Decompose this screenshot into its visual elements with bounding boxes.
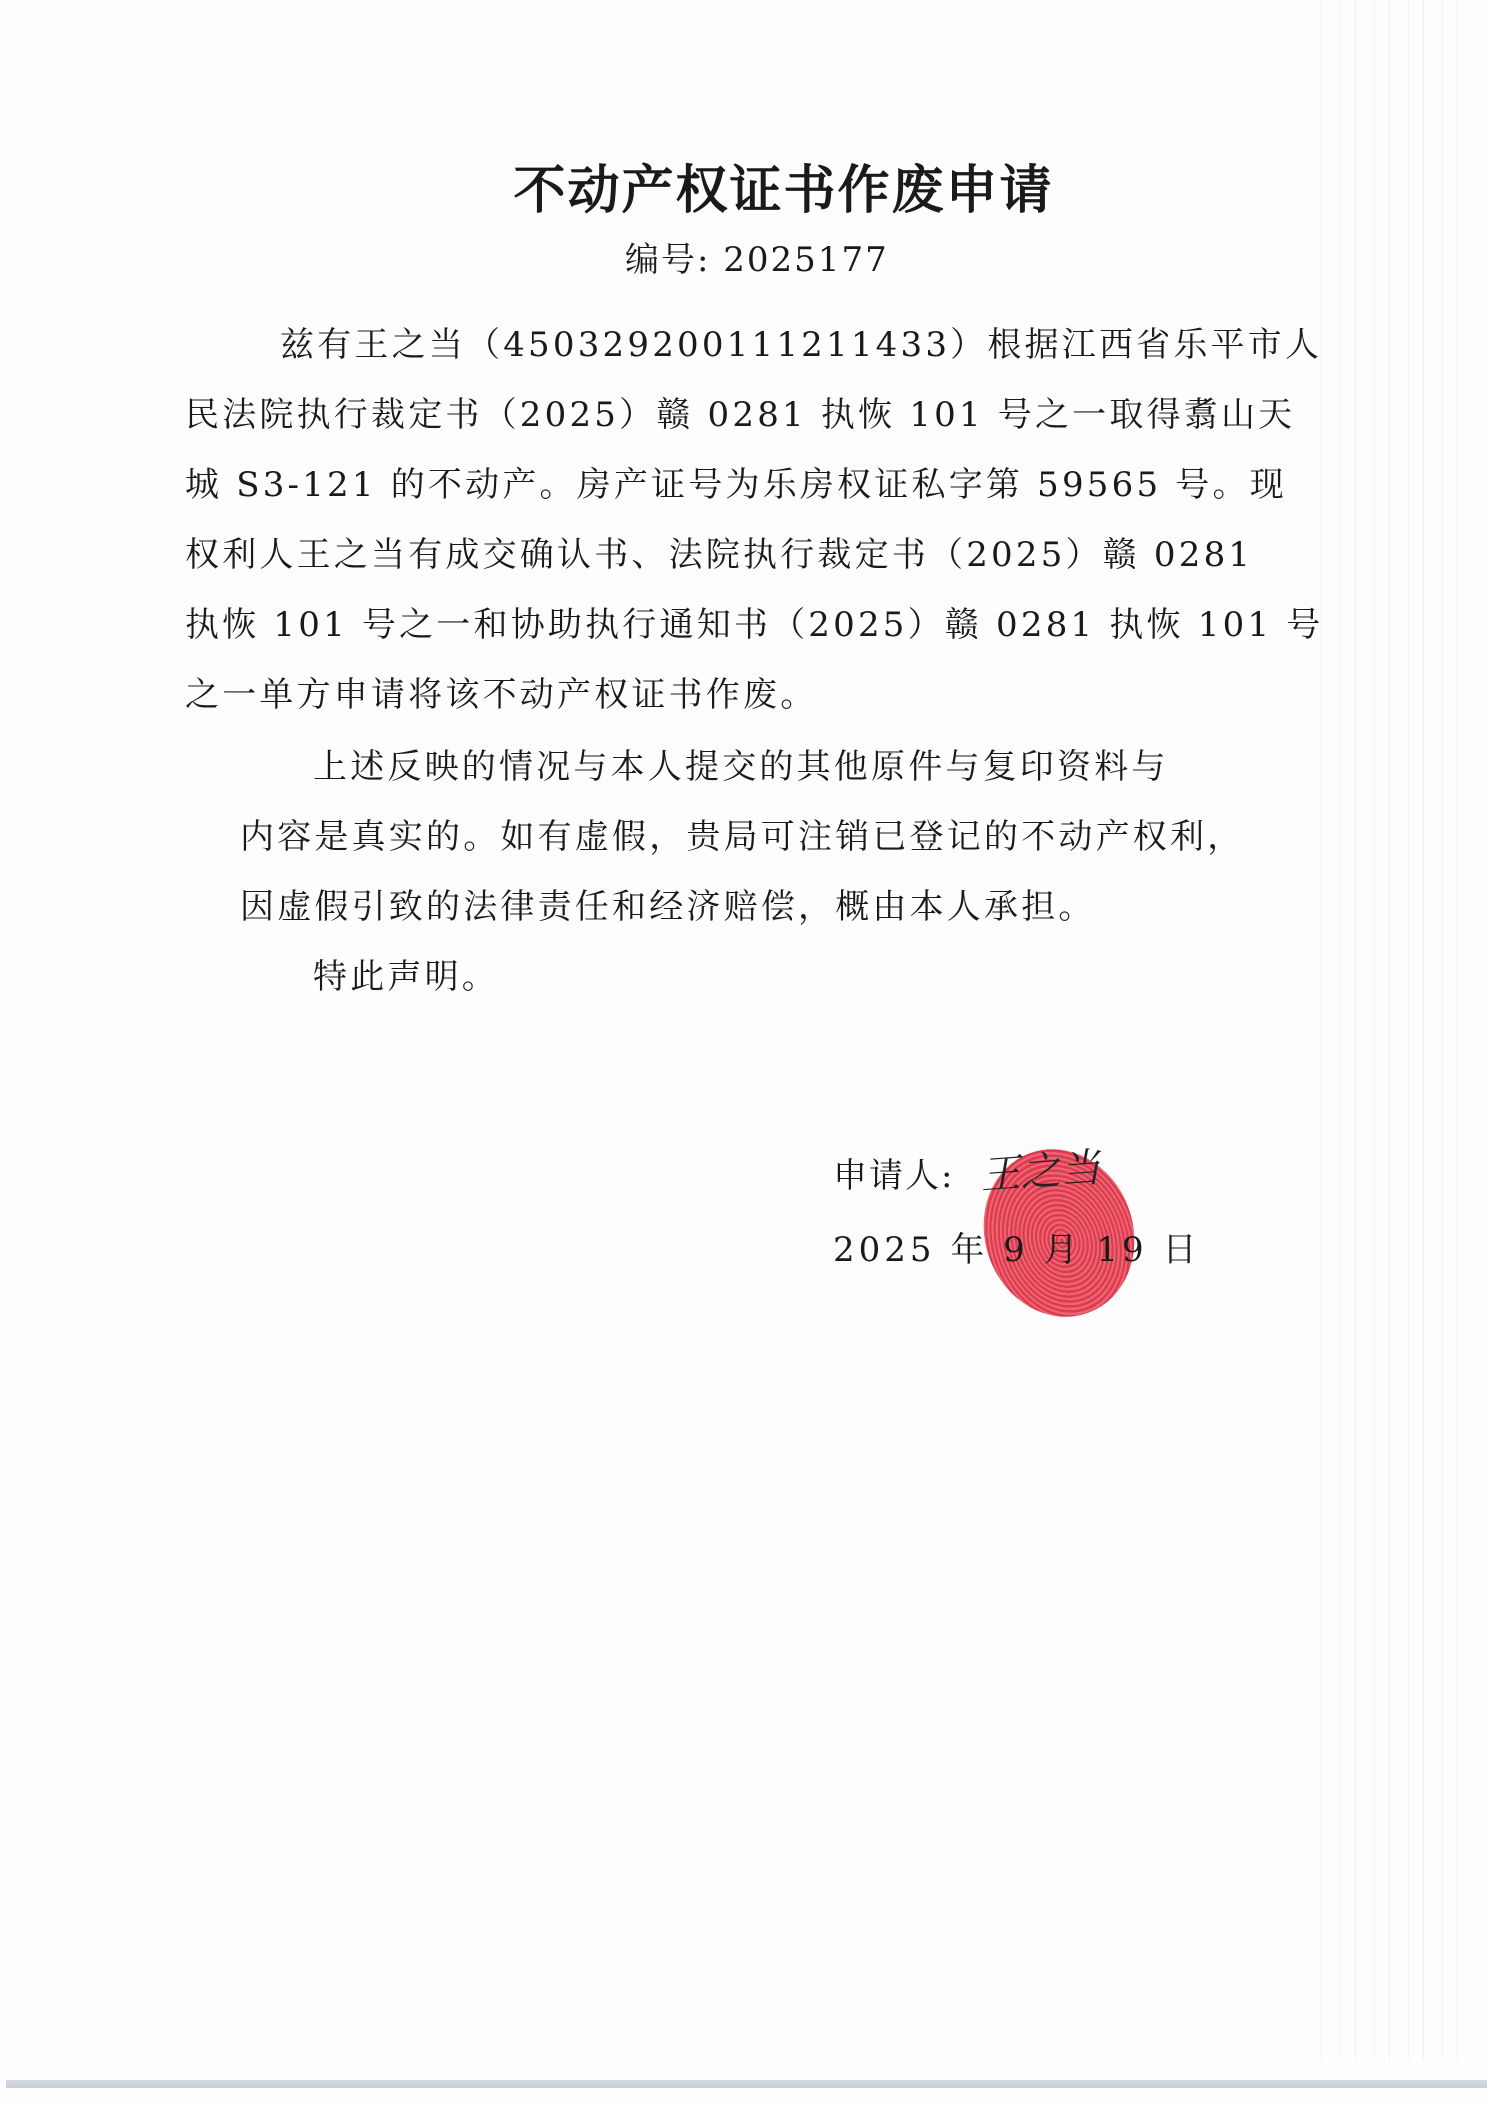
document-number-label: 编号: <box>625 240 710 280</box>
scan-artifacts <box>1307 0 1467 2060</box>
paragraph-line: 城 S3-121 的不动产。房产证号为乐房权证私字第 59565 号。现 <box>185 450 1324 520</box>
paragraph-line: 执恢 101 号之一和协助执行通知书（2025）赣 0281 执恢 101 号 <box>185 590 1324 660</box>
handwritten-signature: 王之当 <box>978 1136 1102 1201</box>
paragraph-line: 上述反映的情况与本人提交的其他原件与复印资料与 <box>240 732 1244 802</box>
paragraph-line: 内容是真实的。如有虚假，贵局可注销已登记的不动产权利， <box>240 802 1244 872</box>
paragraph-line: 权利人王之当有成交确认书、法院执行裁定书（2025）赣 0281 <box>185 520 1324 590</box>
page-bottom-edge <box>6 2080 1487 2088</box>
paragraph-line: 因虚假引致的法律责任和经济赔偿，概由本人承担。 <box>240 872 1244 942</box>
paragraph-line: 民法院执行裁定书（2025）赣 0281 执恢 101 号之一取得翥山天 <box>185 380 1324 450</box>
document-title: 不动产权证书作废申请 <box>0 148 1487 223</box>
paragraph-declaration: 上述反映的情况与本人提交的其他原件与复印资料与 内容是真实的。如有虚假，贵局可注… <box>240 732 1244 1012</box>
signature-date: 2025 年 9 月 19 日 <box>833 1222 1200 1271</box>
paragraph-line: 之一单方申请将该不动产权证书作废。 <box>185 660 1324 730</box>
document-number-value: 2025177 <box>723 240 888 280</box>
paragraph-statement: 兹有王之当（450329200111211433）根据江西省乐平市人 民法院执行… <box>185 310 1324 730</box>
applicant-label: 申请人: <box>833 1148 954 1197</box>
document-number: 编号: 2025177 <box>625 232 889 281</box>
closing-statement: 特此声明。 <box>240 942 1244 1012</box>
paragraph-line: 兹有王之当（450329200111211433）根据江西省乐平市人 <box>185 310 1324 380</box>
